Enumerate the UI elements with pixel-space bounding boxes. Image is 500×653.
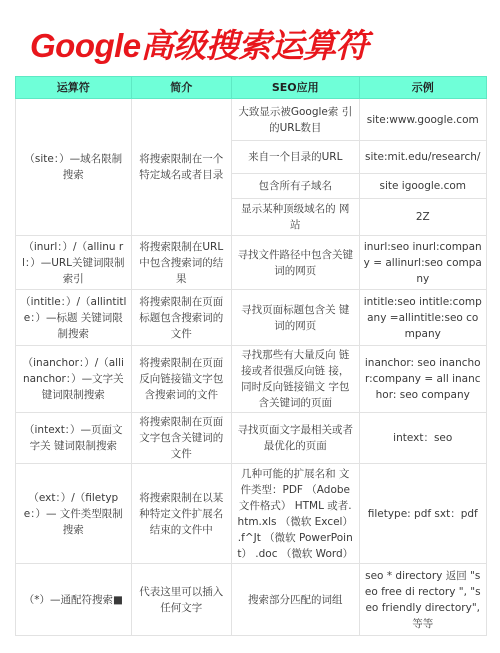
seo-cell: 大致显示被Google索 引的URL数目 (232, 99, 359, 141)
table-row-wildcard: （*）—通配符搜索■ 代表这里可以插入任何文字 搜索部分匹配的词组 seo * … (16, 564, 487, 636)
table-row-site: （site：）—域名限制搜索 将搜索限制在一个特定域名或者目录 大致显示被Goo… (16, 99, 487, 141)
operator-cell: （site：）—域名限制搜索 (16, 99, 132, 236)
table-row-inanchor: （inanchor：）/（allinanchor：）—文字关键词限制搜索 将搜索… (16, 346, 487, 413)
operators-table: 运算符 简介 SEO应用 示例 （site：）—域名限制搜索 将搜索限制在一个特… (15, 76, 487, 636)
seo-cell: 寻找页面标题包含关 键词的网页 (232, 290, 359, 346)
intro-cell: 将搜索限制在页面文字包含关键词的文件 (131, 413, 231, 464)
intro-cell: 将搜索限制在一个特定域名或者目录 (131, 99, 231, 236)
example-cell: filetype: pdf sxt：pdf (359, 464, 487, 564)
header-operator: 运算符 (16, 77, 132, 99)
example-cell: intitle:seo intitle:company =allintitle:… (359, 290, 487, 346)
intro-cell: 将搜索限制在URL中包含搜索词的结果 (131, 236, 231, 290)
example-cell: inanchor: seo inanchor:company = all ina… (359, 346, 487, 413)
operator-cell: （intitle：）/（allintitle：）—标题 关键词限制搜索 (16, 290, 132, 346)
operator-cell: （inanchor：）/（allinanchor：）—文字关键词限制搜索 (16, 346, 132, 413)
example-cell: site:www.google.com (359, 99, 487, 141)
seo-cell: 搜索部分匹配的词组 (232, 564, 359, 636)
table-row-intext: （intext：）—页面文字关 键词限制搜索 将搜索限制在页面文字包含关键词的文… (16, 413, 487, 464)
operator-cell: （*）—通配符搜索■ (16, 564, 132, 636)
example-cell: seo * directory 返回 "seo free di rectory … (359, 564, 487, 636)
example-cell: site igoogle.com (359, 174, 487, 199)
seo-cell: 寻找文件路径中包含关键词的网页 (232, 236, 359, 290)
seo-cell: 显示某种顶级域名的 网站 (232, 199, 359, 236)
operator-cell: （inurl：）/（allinu rl：）—URL关键词限制索引 (16, 236, 132, 290)
seo-cell: 几种可能的扩展名和 文件类型：PDF （Adobe文件格式） HTML 或者.h… (232, 464, 359, 564)
example-cell: inurl:seo inurl:company = allinurl:seo c… (359, 236, 487, 290)
intro-cell: 代表这里可以插入任何文字 (131, 564, 231, 636)
intro-cell: 将搜索限制在以某种特定文件扩展名结束的文件中 (131, 464, 231, 564)
page-title: Google高级搜索运算符 (30, 20, 368, 67)
header-seo: SEO应用 (232, 77, 359, 99)
table-row-inurl: （inurl：）/（allinu rl：）—URL关键词限制索引 将搜索限制在U… (16, 236, 487, 290)
intro-cell: 将搜索限制在页面标题包含搜索词的文件 (131, 290, 231, 346)
operator-cell: （intext：）—页面文字关 键词限制搜索 (16, 413, 132, 464)
seo-cell: 包含所有子域名 (232, 174, 359, 199)
table-header-row: 运算符 简介 SEO应用 示例 (16, 77, 487, 99)
seo-cell: 寻找那些有大量反向 链接或者很强反向链 接，同时反向链接锚文 字包含关键词的页面 (232, 346, 359, 413)
seo-cell: 寻找页面文字最相关或者最优化的页面 (232, 413, 359, 464)
header-example: 示例 (359, 77, 487, 99)
seo-cell: 来自一个目录的URL (232, 141, 359, 174)
example-cell: intext：seo (359, 413, 487, 464)
operator-cell: （ext：）/（filetype：）— 文件类型限制搜索 (16, 464, 132, 564)
header-intro: 简介 (131, 77, 231, 99)
intro-cell: 将搜索限制在页面反向链接锚文字包含搜索词的文件 (131, 346, 231, 413)
example-cell: site:mit.edu/research/ (359, 141, 487, 174)
example-cell: 2Z (359, 199, 487, 236)
table-row-filetype: （ext：）/（filetype：）— 文件类型限制搜索 将搜索限制在以某种特定… (16, 464, 487, 564)
table-row-intitle: （intitle：）/（allintitle：）—标题 关键词限制搜索 将搜索限… (16, 290, 487, 346)
